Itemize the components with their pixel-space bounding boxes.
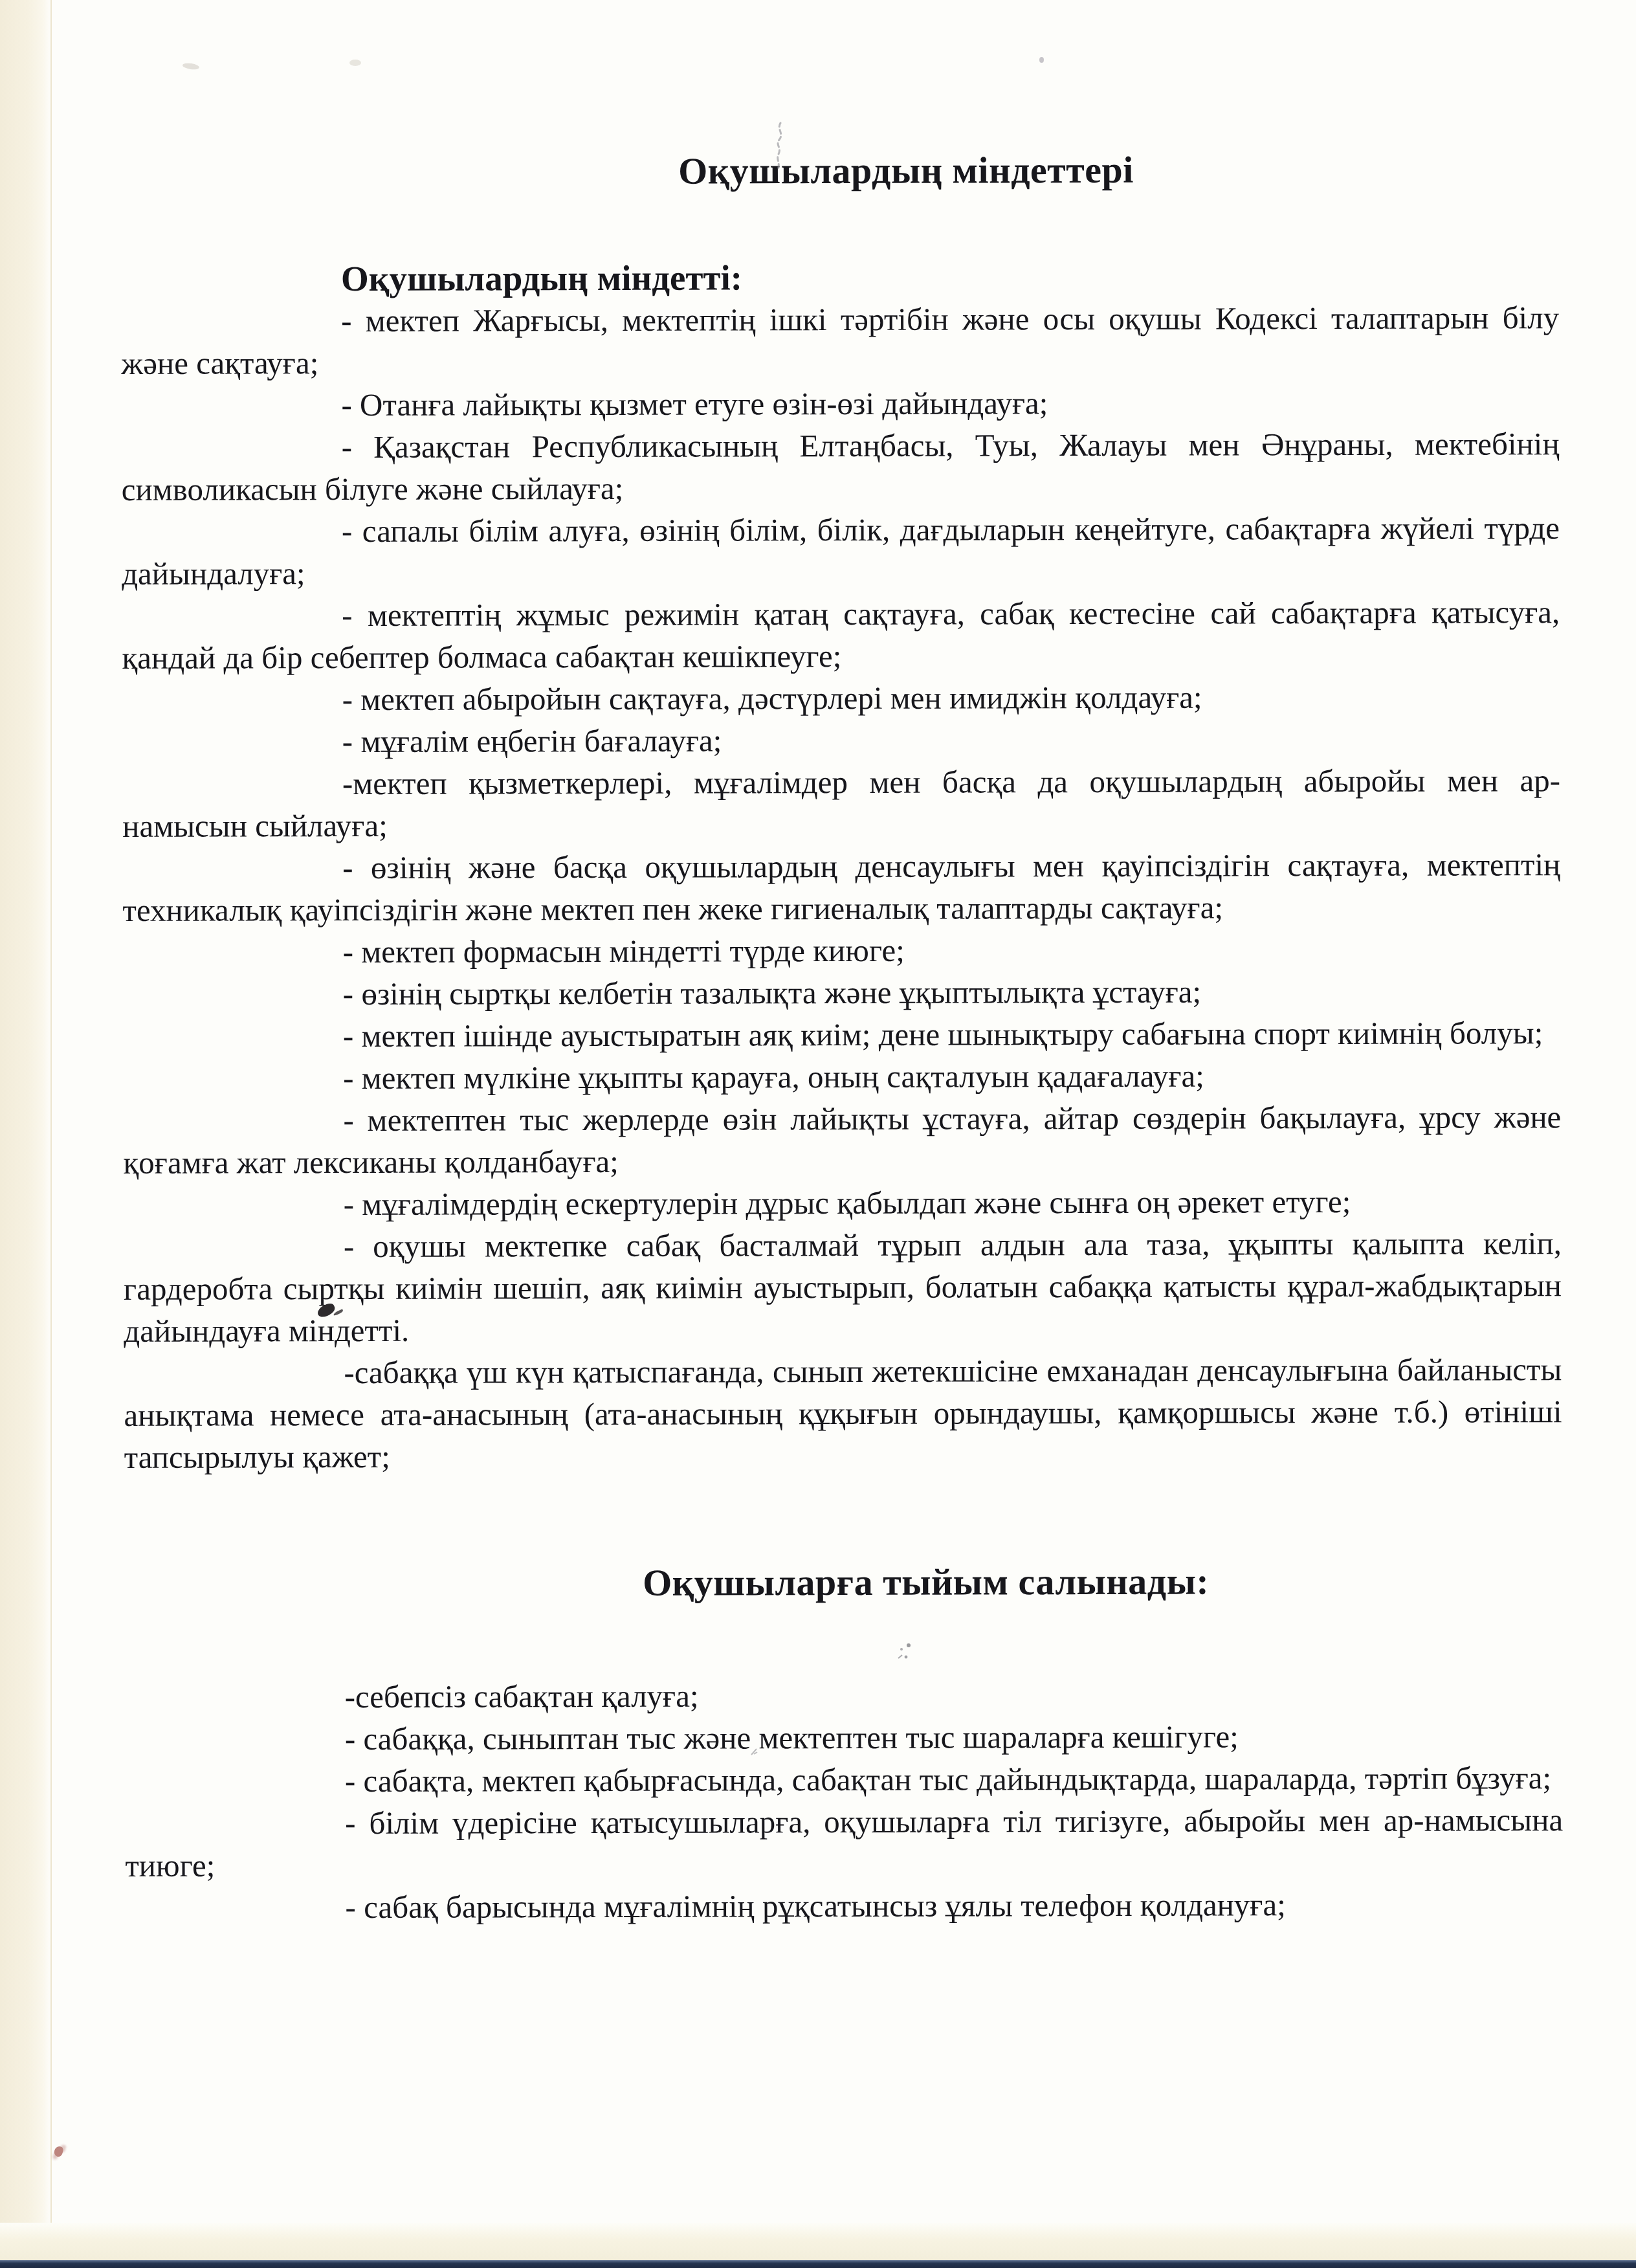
duty-item: - сапалы білім алуға, өзінің білім, білі… xyxy=(122,507,1560,595)
duty-item: - оқушы мектепке сабақ басталмай тұрып а… xyxy=(124,1222,1562,1352)
section-duties: Оқушылардың міндетті: - мектеп Жарғысы, … xyxy=(121,254,1562,1478)
section-duties-heading: Оқушылардың міндетті: xyxy=(121,254,1559,300)
scanner-lid-line xyxy=(0,2260,1636,2268)
duty-item: - мұғалім еңбегін бағалауға; xyxy=(122,717,1560,763)
prohibition-item: - білім үдерісіне қатысушыларға, оқушыла… xyxy=(125,1799,1563,1887)
prohibition-item: - сабаққа, сыныптан тыс және мектептен т… xyxy=(125,1715,1563,1761)
duty-item: - мектеп ішінде ауыстыратын аяқ киім; де… xyxy=(123,1012,1561,1058)
scan-bottom-edge xyxy=(0,2223,1636,2260)
section-prohibitions: Оқушыларға тыйым салынады: -себепсіз саб… xyxy=(124,1557,1563,1929)
prohibition-item: - сабақ барысында мұғалімнің рұқсатынсыз… xyxy=(125,1883,1563,1929)
scan-speck xyxy=(1039,57,1044,63)
duty-item: - мұғалімдердің ескертулерін дұрыс қабыл… xyxy=(124,1180,1562,1226)
section-prohibitions-heading: Оқушыларға тыйым салынады: xyxy=(124,1557,1562,1608)
prohibition-item: - сабақта, мектеп қабырғасында, сабақтан… xyxy=(125,1757,1563,1803)
scan-left-edge xyxy=(0,0,52,2268)
duty-item: - Отанға лайықты қызмет етуге өзін-өзі д… xyxy=(121,381,1559,427)
duty-item: -сабаққа үш күн қатыспағанда, сынып жете… xyxy=(124,1348,1562,1478)
scan-speck xyxy=(182,62,200,71)
duty-item: - мектептің жұмыс режимін қатаң сақтауға… xyxy=(122,591,1560,679)
duty-item: - мектеп абыройын сақтауға, дәстүрлері м… xyxy=(122,675,1560,721)
duty-item: - мектеп мүлкіне ұқыпты қарауға, оның са… xyxy=(123,1054,1561,1100)
prohibition-item: -себепсіз сабақтан қалуға; xyxy=(125,1673,1563,1718)
duty-item: -мектеп қызметкерлері, мұғалімдер мен ба… xyxy=(122,759,1560,847)
duty-item: - Қазақстан Республикасының Елтаңбасы, Т… xyxy=(122,423,1560,511)
duty-item: - өзінің және басқа оқушылардың денсаулы… xyxy=(122,843,1560,931)
duty-item: - өзінің сыртқы келбетін тазалықта және … xyxy=(123,970,1561,1016)
document-body: Оқушылардың міндеттері Оқушылардың мінде… xyxy=(120,146,1563,1929)
scanned-page: Оқушылардың міндеттері Оқушылардың мінде… xyxy=(0,0,1636,2268)
document-title: Оқушылардың міндеттері xyxy=(120,146,1558,196)
duty-item: - мектептен тыс жерлерде өзін лайықты ұс… xyxy=(123,1096,1561,1184)
section-prohibitions-list: -себепсіз сабақтан қалуға; - сабаққа, сы… xyxy=(125,1673,1564,1929)
duty-item: - мектеп формасын міндетті түрде киюге; xyxy=(123,928,1561,973)
section-duties-list: - мектеп Жарғысы, мектептің ішкі тәртібі… xyxy=(121,296,1562,1478)
red-speck-artifact xyxy=(53,2146,64,2158)
scan-speck xyxy=(349,60,361,66)
duty-item: - мектеп Жарғысы, мектептің ішкі тәртібі… xyxy=(121,296,1559,384)
